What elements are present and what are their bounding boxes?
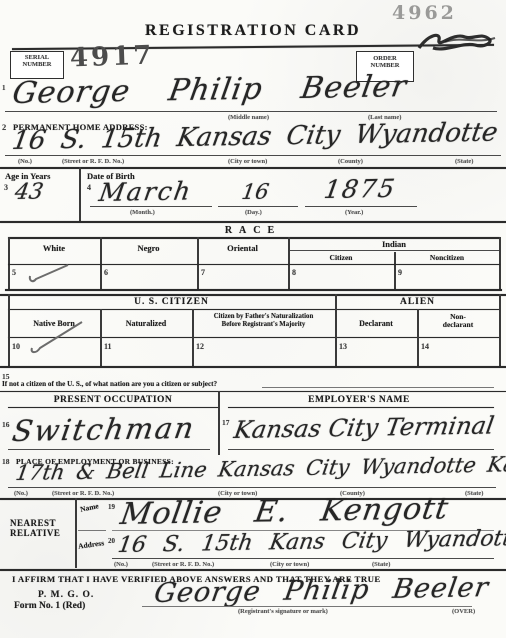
alien-col-nondeclarant: Non- declarant (417, 313, 499, 329)
relative-name-handwriting: Mollie E. Kengott (118, 491, 451, 532)
race-number-row-line (8, 264, 500, 265)
us-citizen-header: U. S. CITIZEN (8, 297, 335, 307)
dob-year-label: (Year.) (345, 209, 363, 216)
address-col-label-state: (State) (455, 158, 473, 165)
citizen-box-12: 12 (196, 342, 204, 351)
ink-scribble-icon (415, 24, 500, 60)
employment-col-label-street: (Street or R. F. D. No.) (52, 490, 114, 497)
form-number: Form No. 1 (Red) (14, 601, 85, 611)
relative-address-label: Address (78, 538, 105, 551)
age-dob-divider (79, 167, 81, 221)
middle-name-label: (Middle name) (228, 114, 269, 121)
dob-day-handwriting: 16 (240, 180, 271, 204)
stamp-number: 4962 (392, 2, 457, 24)
race-title: RACE (0, 225, 506, 236)
divider (0, 294, 506, 296)
white-checkmark-icon (26, 262, 72, 286)
citizen-box-13: 13 (339, 342, 347, 351)
race-box-9: 9 (398, 268, 402, 277)
form-org: P. M. G. O. (38, 590, 94, 600)
name-handwriting: George Philip Beeler (10, 69, 410, 111)
race-col-white: White (8, 243, 100, 253)
race-box-5: 5 (12, 268, 16, 277)
race-subcol-noncitizen: Noncitizen (394, 253, 500, 262)
serial-label-line2: NUMBER (11, 61, 63, 68)
citizenship-question: If not a citizen of the U. S., of what n… (2, 380, 217, 388)
serial-label-line1: SERIAL (11, 54, 63, 61)
field-no-19: 19 (108, 503, 115, 511)
field-no-17: 17 (222, 418, 230, 427)
alien-header: ALIEN (335, 297, 500, 307)
citizen-box-11: 11 (104, 342, 112, 351)
field-no-20: 20 (108, 537, 115, 545)
address-col-label-county: (County) (338, 158, 363, 165)
native-born-checkmark-icon (26, 320, 86, 356)
relative-col-label-no: (No.) (114, 561, 128, 568)
citizen-box-14: 14 (421, 342, 429, 351)
field-no-16: 16 (2, 420, 10, 429)
employer-header: EMPLOYER'S NAME (218, 395, 500, 405)
field-no-2: 2 (2, 122, 6, 132)
citizen-header-line (8, 309, 500, 310)
field-no-4: 4 (87, 183, 91, 192)
occupation-handwriting: Switchman (10, 411, 198, 448)
signature-label: (Registrant's signature or mark) (238, 608, 328, 615)
race-table-bottom (5, 289, 502, 291)
race-col-oriental: Oriental (197, 243, 288, 253)
employment-col-label-no: (No.) (14, 490, 28, 497)
order-label-line1: ORDER (357, 55, 413, 62)
race-col-negro: Negro (100, 243, 197, 253)
address-col-label-city: (City or town) (228, 158, 267, 165)
divider (0, 221, 506, 223)
relative-col-label-city: (City or town) (270, 561, 309, 568)
field-no-1: 1 (2, 84, 6, 92)
citizen-box-10: 10 (12, 342, 20, 351)
divider (0, 366, 506, 368)
serial-number-value: 4917 (70, 41, 155, 74)
employment-col-label-state: (State) (465, 490, 483, 497)
field-no-18: 18 (2, 457, 10, 466)
dob-month-handwriting: March (97, 176, 194, 207)
citizen-col-naturalized: Naturalized (100, 319, 192, 328)
divider (0, 167, 506, 169)
dob-year-handwriting: 1875 (322, 174, 398, 204)
nearest-relative-label-line1: NEAREST (10, 518, 56, 528)
citizen-col-father: Citizen by Father's Naturalization Befor… (192, 313, 335, 329)
occupation-header: PRESENT OCCUPATION (8, 395, 218, 405)
alien-col-declarant: Declarant (335, 319, 417, 328)
dob-month-label: (Month.) (130, 209, 155, 216)
race-box-8: 8 (292, 268, 296, 277)
dob-day-label: (Day.) (245, 209, 262, 216)
divider (0, 569, 506, 571)
address-col-label-street: (Street or R. F. D. No.) (62, 158, 124, 165)
race-box-7: 7 (201, 268, 205, 277)
relative-col-label-state: (State) (372, 561, 390, 568)
over-label: (OVER) (452, 608, 475, 615)
employer-handwriting: Kansas City Terminal (232, 411, 496, 444)
registration-card: 4962 REGISTRATION CARD SERIAL NUMBER 491… (0, 0, 506, 638)
field-no-3: 3 (4, 183, 8, 192)
signature-handwriting: George Philip Beeler (152, 572, 491, 609)
order-label-line2: NUMBER (357, 62, 413, 69)
age-handwriting: 43 (13, 180, 45, 205)
nearest-relative-label-line2: RELATIVE (10, 528, 60, 538)
relative-col-label-street: (Street or R. F. D. No.) (152, 561, 214, 568)
address-col-label-no: (No.) (18, 158, 32, 165)
race-box-6: 6 (104, 268, 108, 277)
race-col-indian: Indian (288, 239, 500, 249)
relative-name-label: Name (79, 501, 99, 514)
divider (0, 391, 506, 392)
race-subcol-citizen: Citizen (288, 253, 394, 262)
